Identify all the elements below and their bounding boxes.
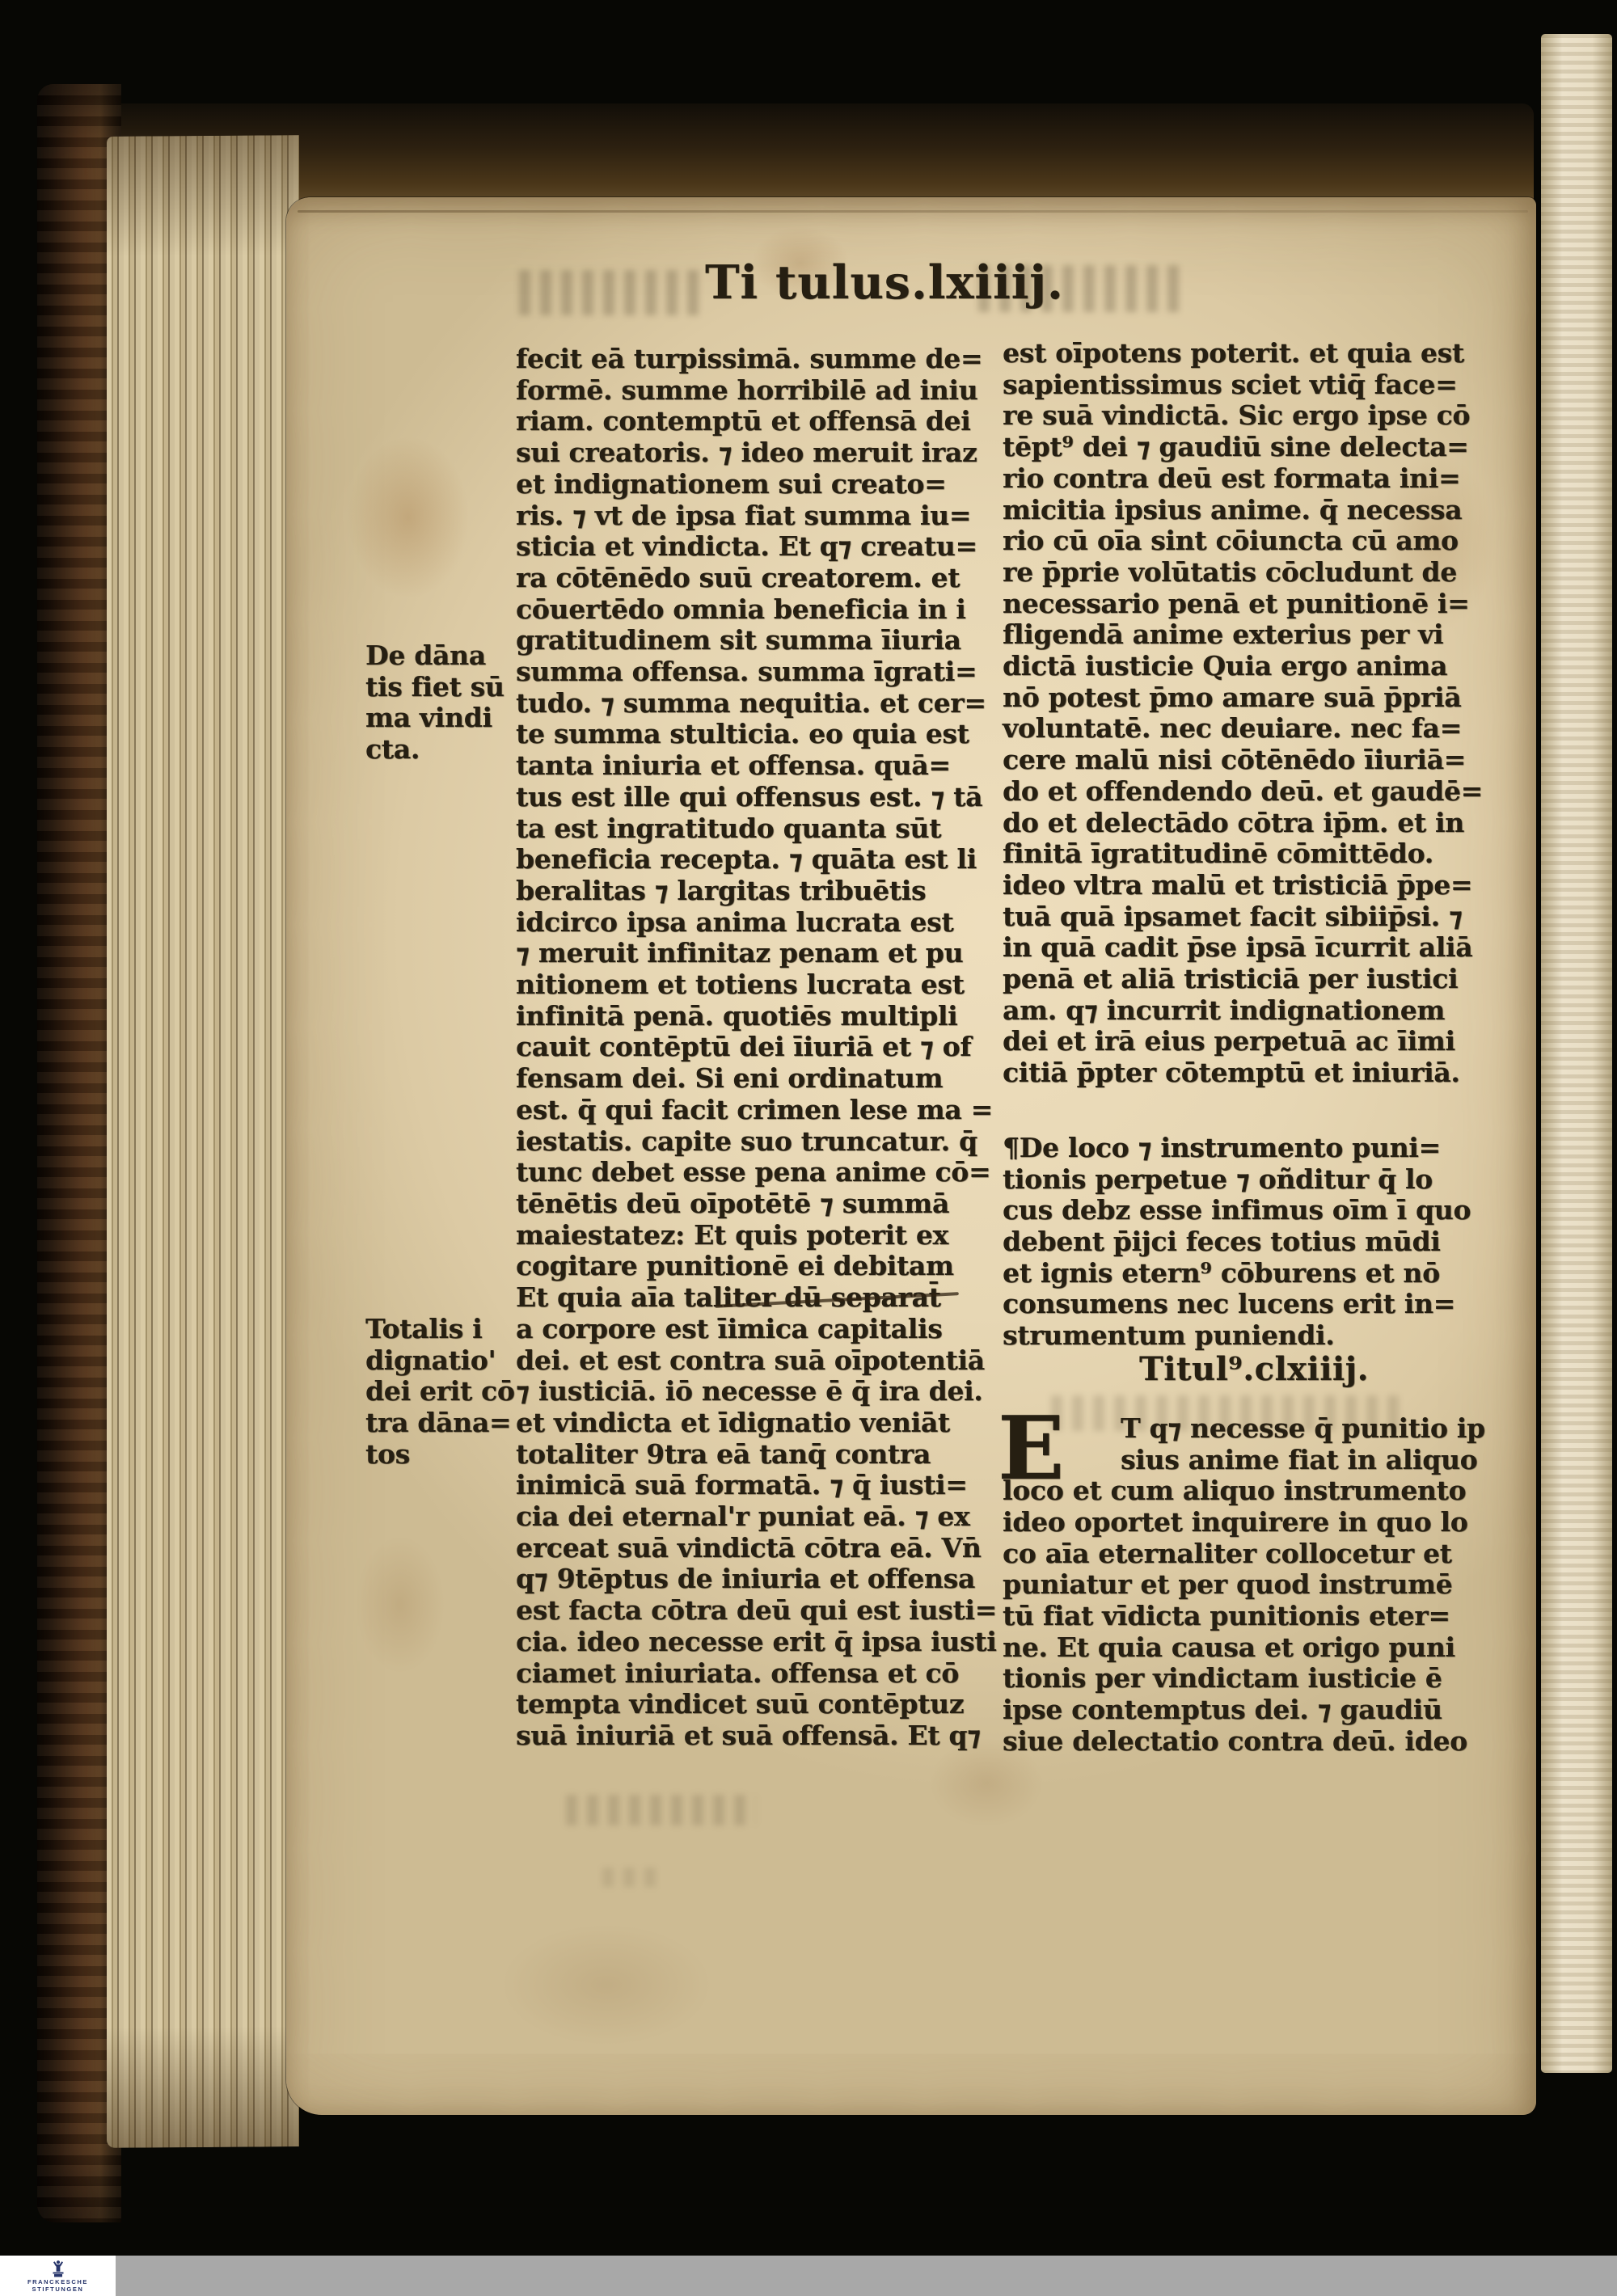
text-line: co aīa eternaliter collocetur et bbox=[1003, 1538, 1505, 1570]
text-line: tra dāna= bbox=[365, 1408, 519, 1439]
text-line: tanta iniuria et offensa. quā= bbox=[516, 750, 991, 782]
text-line: finitā īgratitudinē cōmittēdo. bbox=[1003, 838, 1505, 870]
scan-bottom-band bbox=[0, 2256, 1617, 2296]
drop-cap-initial-E: E bbox=[998, 1405, 1064, 1492]
text-line: est. q̄ qui facit crimen lese ma = bbox=[516, 1095, 991, 1126]
text-line: formē. summe horribilē ad iniu bbox=[516, 375, 991, 407]
page-stack-edges bbox=[107, 135, 299, 2148]
text-line: erceat suā vindictā cōtra eā. Vn̄ bbox=[516, 1533, 991, 1564]
text-line: cere malū nisi cōtēnēdo īiuriā= bbox=[1003, 745, 1505, 776]
paragraph-gap bbox=[1003, 1387, 1505, 1413]
text-line: et indignationem sui creato= bbox=[516, 469, 991, 500]
fore-edge-pages bbox=[1541, 34, 1612, 2073]
watermark-org-line2: STIFTUNGEN bbox=[32, 2286, 84, 2294]
text-line: ciamet iniuriata. offensa et cō bbox=[516, 1658, 991, 1690]
text-line: cia. ideo necesse erit q̄ ipsa iusti bbox=[516, 1627, 991, 1658]
text-line: fensam dei. Si eni ordinatum bbox=[516, 1063, 991, 1095]
text-line: totaliter 9tra eā tanq̄ contra bbox=[516, 1439, 991, 1471]
text-line: debent p̄ijci feces totius mūdi bbox=[1003, 1226, 1505, 1258]
text-line: strumentum puniendi. bbox=[1003, 1320, 1505, 1352]
text-line: dei erit cō bbox=[365, 1376, 519, 1408]
text-line: maiestatez: Et quis poterit ex bbox=[516, 1220, 991, 1251]
text-line: est facta cōtra deū qui est iusti= bbox=[516, 1595, 991, 1627]
text-line: dei. et est contra suā oīpotentiā bbox=[516, 1345, 991, 1377]
text-line: tunc debet esse pena anime cō= bbox=[516, 1157, 991, 1188]
text-line: loco et cum aliquo instrumento bbox=[1003, 1475, 1505, 1507]
text-line: beralitas ⁊ largitas tribuētis bbox=[516, 876, 991, 907]
text-line: micitia ipsius anime. q̄ necessa bbox=[1003, 495, 1505, 526]
text-line: re suā vindictā. Sic ergo ipse cō bbox=[1003, 400, 1505, 432]
text-column-left: fecit eā turpissimā. summe de=formē. sum… bbox=[516, 344, 991, 1752]
book-photo-page: Ti tulus.lxiiij. De dānatis fiet sūma vi… bbox=[0, 0, 1617, 2296]
text-line: dei et irā eius perpetuā ac īimi bbox=[1003, 1026, 1505, 1057]
text-line: sui creatoris. ⁊ ideo meruit iraz bbox=[516, 437, 991, 469]
text-line: cauit contēptū dei īiuriā et ⁊ of bbox=[516, 1032, 991, 1063]
franckesche-stiftungen-logo-icon bbox=[49, 2259, 67, 2278]
text-line: sius anime fiat in aliquo bbox=[1003, 1445, 1505, 1476]
library-watermark: FRANCKESCHE STIFTUNGEN bbox=[0, 2256, 116, 2296]
text-line: cogitare punitionē ei debitam bbox=[516, 1251, 991, 1282]
paragraph-1: est oīpotens poterit. et quia estsapient… bbox=[1003, 338, 1505, 1089]
text-line: cōuertēdo omnia beneficia in i bbox=[516, 594, 991, 626]
text-line: ris. ⁊ vt de ipsa fiat summa iu= bbox=[516, 500, 991, 532]
text-line: am. q⁊ incurrit indignationem bbox=[1003, 995, 1505, 1027]
text-line: tos bbox=[365, 1439, 519, 1471]
section-title-titulus-clxiiij: Titul⁹.clxiiij. bbox=[1003, 1352, 1505, 1387]
text-line: a corpore est īimica capitalis bbox=[516, 1314, 991, 1345]
text-line: tū fiat vīdicta punitionis eter= bbox=[1003, 1601, 1505, 1632]
text-line: inimicā suā formatā. ⁊ q̄ iusti= bbox=[516, 1470, 991, 1501]
text-line: dignatio' bbox=[365, 1345, 519, 1377]
text-line: tus est ille qui offensus est. ⁊ tā bbox=[516, 782, 991, 813]
text-line: ta est ingratitudo quanta sūt bbox=[516, 813, 991, 845]
text-line: ¶De loco ⁊ instrumento puni= bbox=[1003, 1133, 1505, 1164]
text-line: idcirco ipsa anima lucrata est bbox=[516, 907, 991, 939]
text-line: ne. Et quia causa et origo puni bbox=[1003, 1632, 1505, 1664]
text-line: ideo oportet inquirere in quo lo bbox=[1003, 1507, 1505, 1538]
text-line: tudo. ⁊ summa nequitia. et cer= bbox=[516, 688, 991, 720]
text-line: siue delectatio contra deū. ideo bbox=[1003, 1726, 1505, 1758]
text-line: in quā cadit p̄se ipsā īcurrit aliā bbox=[1003, 932, 1505, 964]
text-line: necessario penā et punitionē i= bbox=[1003, 589, 1505, 620]
text-line: ⁊ meruit infinitaz penam et pu bbox=[516, 938, 991, 969]
paragraph-2: ¶De loco ⁊ instrumento puni=tionis perpe… bbox=[1003, 1133, 1505, 1352]
text-line: tempta vindicet suū contēptuz bbox=[516, 1689, 991, 1720]
text-line: tis fiet sū bbox=[365, 672, 519, 703]
text-line: Et quia aīa taliter dū separat̄ bbox=[516, 1282, 991, 1314]
margin-note-totalis-indignatio: Totalis idignatio'dei erit cōtra dāna=to… bbox=[365, 1314, 519, 1471]
text-line: summa offensa. summa īgrati= bbox=[516, 656, 991, 688]
text-line: do et offendendo deū. et gaudē= bbox=[1003, 776, 1505, 808]
margin-note-de-damnatis: De dānatis fiet sūma vindicta. bbox=[365, 640, 519, 766]
text-line: voluntatē. nec deuiare. nec fa= bbox=[1003, 713, 1505, 745]
text-line: consumens nec lucens erit in= bbox=[1003, 1289, 1505, 1320]
text-line: Totalis i bbox=[365, 1314, 519, 1345]
paragraph-3: T q⁊ necesse q̄ punitio ipsius anime fia… bbox=[1003, 1413, 1505, 1758]
text-line: beneficia recepta. ⁊ quāta est li bbox=[516, 844, 991, 876]
text-line: nitionem et totiens lucrata est bbox=[516, 969, 991, 1001]
text-line: tionis per vindictam iusticie ē bbox=[1003, 1663, 1505, 1695]
text-line: tēpt⁹ dei ⁊ gaudiū sine delecta= bbox=[1003, 432, 1505, 463]
text-line: nō potest p̄mo amare suā p̄priā bbox=[1003, 682, 1505, 714]
text-line: et ignis etern⁹ cōburens et nō bbox=[1003, 1258, 1505, 1289]
text-line: cus debz esse infimus oīm ī quo bbox=[1003, 1195, 1505, 1226]
paragraph-gap bbox=[1003, 1089, 1505, 1133]
text-line: dictā iusticie Quia ergo anima bbox=[1003, 651, 1505, 682]
text-line: te summa stulticia. eo quia est bbox=[516, 719, 991, 750]
text-line: tuā quā ipsamet facit sibiip̄si. ⁊ bbox=[1003, 901, 1505, 933]
text-line: rio cū oīa sint cōiuncta cū amo bbox=[1003, 525, 1505, 557]
text-line: tionis perpetue ⁊ oñditur q̄ lo bbox=[1003, 1164, 1505, 1196]
text-line: ideo vltra malū et tristiciā p̄pe= bbox=[1003, 870, 1505, 901]
text-line: sapientissimus sciet vtiq̄ face= bbox=[1003, 369, 1505, 401]
text-line: et vindicta et īdignatio veniāt bbox=[516, 1408, 991, 1439]
text-line: re p̄prie volūtatis cōcludunt de bbox=[1003, 557, 1505, 589]
text-line: suā iniuriā et suā offensā. Et q⁊ bbox=[516, 1720, 991, 1752]
page-title: Ti tulus.lxiiij. bbox=[705, 255, 1064, 310]
text-line: ipse contemptus dei. ⁊ gaudiū bbox=[1003, 1695, 1505, 1726]
watermark-org-line1: FRANCKESCHE bbox=[27, 2279, 88, 2286]
text-line: q⁊ 9tēptus de iniuria et offensa bbox=[516, 1564, 991, 1595]
text-line: infinitā penā. quotiēs multipli bbox=[516, 1001, 991, 1032]
text-line: ra cōtēnēdo suū creatorem. et bbox=[516, 563, 991, 594]
text-line: gratitudinem sit summa īiuria bbox=[516, 625, 991, 656]
text-line: cta. bbox=[365, 734, 519, 766]
text-line: est oīpotens poterit. et quia est bbox=[1003, 338, 1505, 369]
text-line: ma vindi bbox=[365, 703, 519, 734]
text-line: tēnētis deū oīpotētē ⁊ summā bbox=[516, 1188, 991, 1220]
text-column-right: est oīpotens poterit. et quia estsapient… bbox=[1003, 338, 1505, 1758]
text-line: iestatis. capite suo truncatur. q̄ bbox=[516, 1126, 991, 1158]
text-line: puniatur et per quod instrumē bbox=[1003, 1569, 1505, 1601]
text-line: De dāna bbox=[365, 640, 519, 672]
text-line: penā et aliā tristiciā per iustici bbox=[1003, 964, 1505, 995]
text-line: ⁊ iusticiā. iō necesse ē q̄ ira dei. bbox=[516, 1376, 991, 1408]
text-line: cia dei eternal'r puniat eā. ⁊ ex bbox=[516, 1501, 991, 1533]
text-line: do et delectādo cōtra ip̄m. et in bbox=[1003, 808, 1505, 839]
text-line: riam. contemptū et offensā dei bbox=[516, 406, 991, 437]
text-line: fecit eā turpissimā. summe de= bbox=[516, 344, 991, 375]
text-line: fligendā anime exterius per vi bbox=[1003, 619, 1505, 651]
text-line: rio contra deū est formata ini= bbox=[1003, 463, 1505, 495]
text-line: T q⁊ necesse q̄ punitio ip bbox=[1003, 1413, 1505, 1445]
text-line: citiā p̄pter cōtemptū et iniuriā. bbox=[1003, 1057, 1505, 1089]
text-line: sticia et vindicta. Et q⁊ creatu= bbox=[516, 531, 991, 563]
